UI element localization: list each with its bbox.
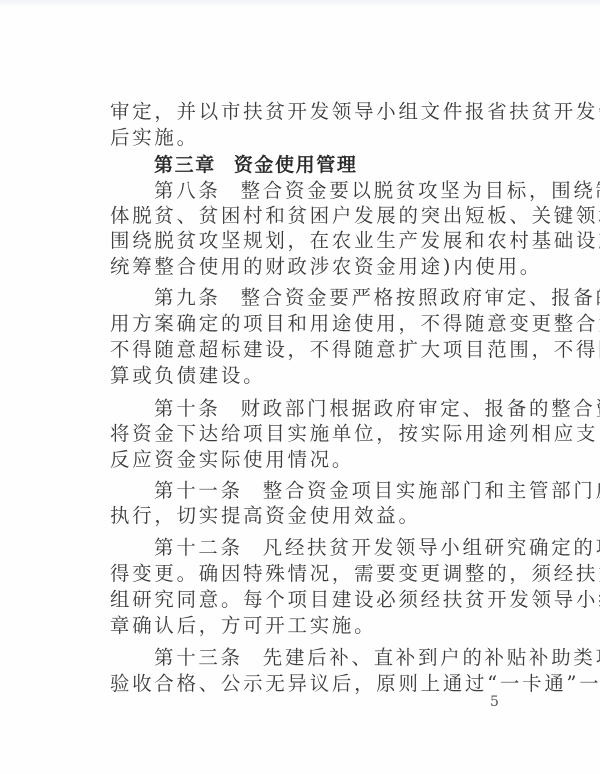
text-line: 得变更。确因特殊情况，需要变更调整的，须经扶贫开发领导小: [110, 563, 534, 585]
article-text: 凡经扶贫开发领导小组研究确定的项目原则上不: [263, 536, 600, 559]
text-line: 后实施。: [110, 127, 534, 149]
article-number: 第九条: [154, 286, 221, 309]
text-line: 章确认后，方可开工实施。: [110, 615, 534, 637]
article-12-first-line: 第十二条凡经扶贫开发领导小组研究确定的项目原则上不: [154, 537, 534, 559]
text-line: 不得随意超标建设，不得随意扩大项目范围，不得随意超概（预）: [110, 339, 534, 361]
text-line: 执行，切实提高资金使用效益。: [110, 505, 534, 527]
text-line: 用方案确定的项目和用途使用，不得随意变更整合资金使用环节，: [110, 313, 534, 335]
chapter-number: 第三章: [154, 154, 216, 176]
text-line: 验收合格、公示无异议后，原则上通过“一卡通”一次性直补受: [110, 673, 534, 695]
text-line: 统筹整合使用的财政涉农资金用途)内使用。: [110, 256, 534, 278]
article-number: 第八条: [154, 179, 221, 202]
text-line: 审定，并以市扶贫开发领导小组文件报省扶贫开发领导小组备案: [110, 101, 534, 123]
article-13-first-line: 第十三条先建后补、直补到户的补贴补助类项目，经市级: [154, 647, 534, 669]
page-number: 5: [490, 694, 499, 710]
scan-edge: [0, 0, 600, 6]
article-text: 财政部门根据政府审定、报备的整合资金使用方案，: [241, 397, 600, 420]
chapter-heading: 第三章资金使用管理: [154, 154, 534, 176]
text-line: 组研究同意。每个项目建设必须经扶贫开发领导小组同意签字盖: [110, 589, 534, 611]
article-text: 先建后补、直补到户的补贴补助类项目，经市级: [263, 646, 600, 669]
text-line: 反应资金实际使用情况。: [110, 449, 534, 471]
article-10-first-line: 第十条财政部门根据政府审定、报备的整合资金使用方案，: [154, 398, 534, 420]
article-11-first-line: 第十一条整合资金项目实施部门和主管部门应当加快预算: [154, 480, 534, 502]
text-line: 将资金下达给项目实施单位，按实际用途列相应支出科目，如实: [110, 423, 534, 445]
article-9-first-line: 第九条整合资金要严格按照政府审定、报备的整合资金使: [154, 287, 534, 309]
text-line: 围绕脱贫攻坚规划，在农业生产发展和农村基础设施建设范围(即: [110, 230, 534, 252]
text-line: 体脱贫、贫困村和贫困户发展的突出短板、关键领域和薄弱环节，: [110, 205, 534, 227]
chapter-title: 资金使用管理: [234, 154, 358, 176]
article-number: 第十三条: [154, 646, 243, 669]
article-text: 整合资金要严格按照政府审定、报备的整合资金使: [241, 286, 600, 309]
text-line: 算或负债建设。: [110, 365, 534, 387]
article-8-first-line: 第八条整合资金要以脱贫攻坚为目标，围绕制约区域性整: [154, 180, 534, 202]
article-number: 第十条: [154, 397, 221, 420]
article-text: 整合资金要以脱贫攻坚为目标，围绕制约区域性整: [241, 179, 600, 202]
document-page: 审定，并以市扶贫开发领导小组文件报省扶贫开发领导小组备案 后实施。 第三章资金使…: [0, 0, 600, 774]
article-number: 第十一条: [154, 479, 243, 502]
article-number: 第十二条: [154, 536, 243, 559]
article-text: 整合资金项目实施部门和主管部门应当加快预算: [263, 479, 600, 502]
